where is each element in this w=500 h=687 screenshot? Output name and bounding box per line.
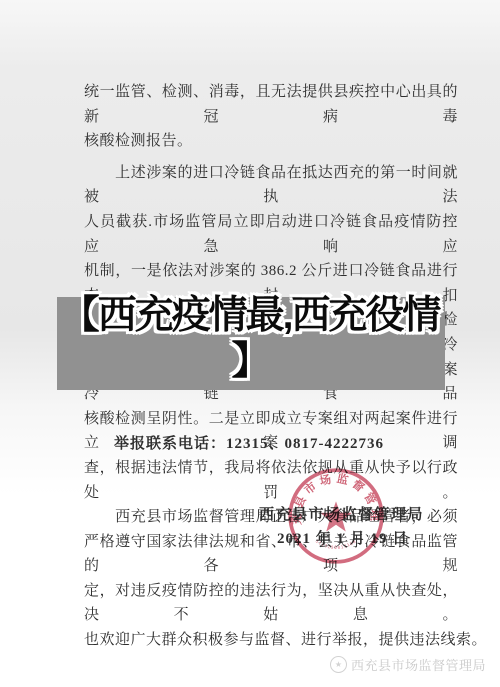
document-line: 统一监管、检测、消毒，且无法提供县疾控中心出具的新冠病毒 xyxy=(84,80,458,129)
document-line: 也欢迎广大群众积极参与监督、进行举报，提供违法线索。 xyxy=(84,628,458,653)
document-line: 定，对违反疫情防控的违法行为，坚决从重从快查处，决不姑息。 xyxy=(84,579,458,628)
seal-logo-icon: ★ xyxy=(330,656,347,673)
official-seal-stamp: 西充县市场监督管理局 5113250013158 xyxy=(281,461,391,571)
document-line: 上述涉案的进口冷链食品在抵达西充的第一时间就被执法 xyxy=(84,161,458,210)
document-line: 核酸检测报告。 xyxy=(84,129,458,154)
report-phone-line: 举报联系电话：12315、0817-4222736 xyxy=(114,432,384,453)
watermark: ★ 西充县市场监督管理局 xyxy=(330,655,486,674)
headline-line2: 】 xyxy=(231,340,268,383)
document-line: 人员截获.市场监管局立即启动进口冷链食品疫情防控应急响应 xyxy=(84,210,458,259)
seal-code-digits: 5113250013158 xyxy=(315,538,357,550)
document-line: 查，根据违法情节，我局将依法依规从重从快予以行政处罚。 xyxy=(84,456,458,505)
watermark-label: 西充县市场监督管理局 xyxy=(351,655,486,674)
headline-title: 【西充疫情最,西充役情 】 xyxy=(48,293,452,385)
scanned-notice-page: 统一监管、检测、消毒，且无法提供县疾控中心出具的新冠病毒核酸检测报告。 上述涉案… xyxy=(0,0,500,687)
headline-line1: 【西充疫情最,西充役情 xyxy=(61,294,440,337)
seal-star-icon xyxy=(320,501,352,531)
